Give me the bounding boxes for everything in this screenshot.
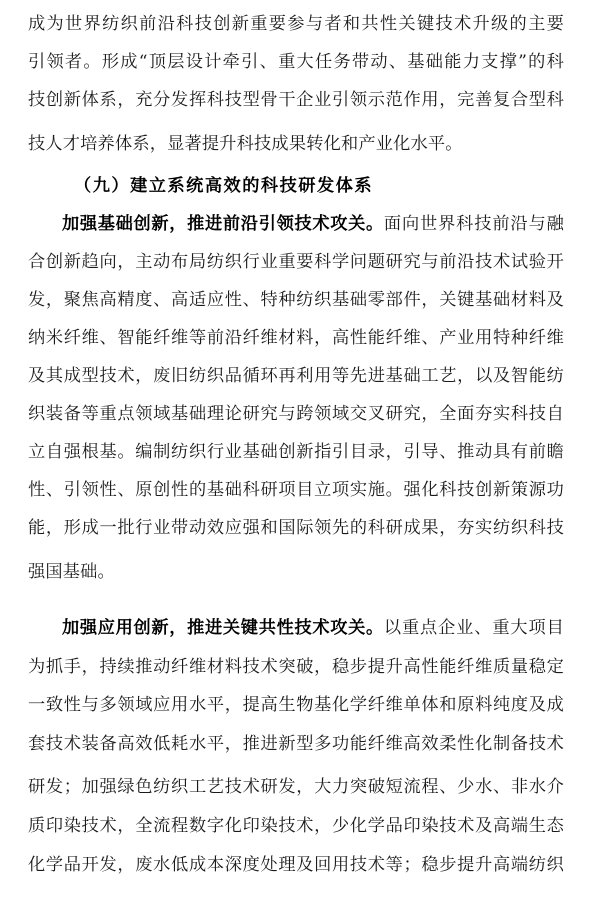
paragraph-line: 成为世界纺织前沿科技创新重要参与者和共性关键技术升级的主要 (28, 12, 564, 36)
paragraph-line: 为抓手，持续推动纤维材料技术突破，稳步提升高性能纤维质量稳定 (28, 655, 564, 679)
paragraph-first-line: 加强应用创新，推进关键共性技术攻关。以重点企业、重大项目 (62, 616, 564, 640)
bold-lead-text: 加强基础创新，推进前沿引领技术攻关。 (62, 214, 384, 234)
paragraph-text: 以重点企业、重大项目 (384, 618, 564, 638)
paragraph-line: 技人才培养体系，显著提升科技成果转化和产业化水平。 (28, 132, 564, 156)
paragraph-first-line: 加强基础创新，推进前沿引领技术攻关。面向世界科技前沿与融 (62, 212, 564, 236)
paragraph-line: 及其成型技术，废旧纺织品循环再利用等先进基础工艺，以及智能纺 (28, 364, 564, 388)
paragraph-line: 引领者。形成“顶层设计牵引、重大任务带动、基础能力支撑”的科 (28, 50, 564, 74)
paragraph-line: 强国基础。 (28, 560, 564, 584)
paragraph-line: 能，形成一批行业带动效应强和国际领先的科研成果，夯实纺织科技 (28, 516, 564, 540)
paragraph-line: 纳米纤维、智能纤维等前沿纤维材料，高性能纤维、产业用特种纤维 (28, 326, 564, 350)
section-heading: （九）建立系统高效的科技研发体系 (74, 174, 373, 198)
paragraph-line: 性、引领性、原创性的基础科研项目立项实施。强化科技创新策源功 (28, 478, 564, 502)
paragraph-line: 立自强根基。编制纺织行业基础创新指引目录，引导、推动具有前瞻 (28, 440, 564, 464)
paragraph-line: 套技术装备高效低耗水平，推进新型多功能纤维高效柔性化制备技术 (28, 732, 564, 756)
paragraph-line: 织装备等重点领域基础理论研究与跨领域交叉研究，全面夯实科技自 (28, 402, 564, 426)
paragraph-line: 一致性与多领域应用水平，提高生物基化学纤维单体和原料纯度及成 (28, 693, 564, 717)
paragraph-line: 质印染技术，全流程数字化印染技术，少化学品印染技术及高端生态 (28, 814, 564, 838)
paragraph-text: 面向世界科技前沿与融 (384, 214, 564, 234)
bold-lead-text: 加强应用创新，推进关键共性技术攻关。 (62, 618, 384, 638)
paragraph-line: 化学品开发，废水低成本深度处理及回用技术等；稳步提升高端纺织 (28, 853, 564, 877)
paragraph-line: 研发；加强绿色纺织工艺技术研发，大力突破短流程、少水、非水介 (28, 775, 564, 799)
paragraph-line: 发，聚焦高精度、高适应性、特种纺织基础零部件，关键基础材料及 (28, 288, 564, 312)
paragraph-line: 技创新体系，充分发挥科技型骨干企业引领示范作用，完善复合型科 (28, 88, 564, 112)
paragraph-line: 合创新趋向，主动布局纺织行业重要科学问题研究与前沿技术试验开 (28, 250, 564, 274)
